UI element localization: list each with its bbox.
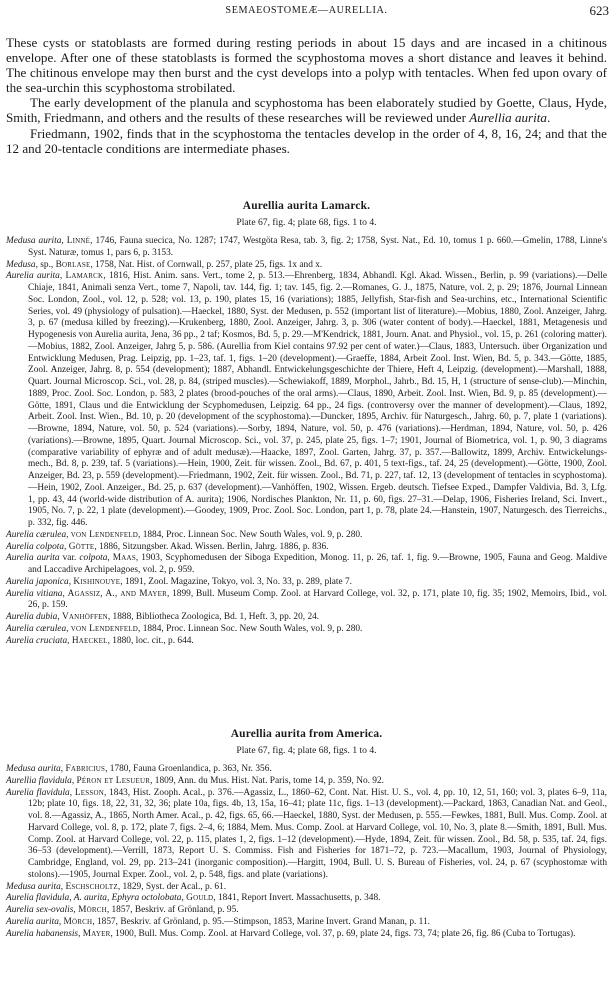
author-name: Kishinouye [73,577,120,587]
taxon-name: Aurelia cærulea [6,624,66,634]
running-head: Semaeostomeæ—Aurellia. 623 [0,3,613,19]
section-2-heading: Aurellia aurita from America. [6,728,607,740]
author-name: Fabricius [65,764,105,774]
citation-text: , 1857, Beskriv. af Grönland, p. 95. [107,905,239,915]
synonymy-entry: Aurelia sex-ovalis, Mörch, 1857, Beskriv… [6,905,607,917]
author-name: Borlase [56,260,91,270]
section-2-synonymy: Medusa aurita, Fabricius, 1780, Fauna Gr… [6,764,607,940]
intro-text: These cysts or statoblasts are formed du… [6,35,607,156]
section-1-heading: Aurellia aurita Lamarck. [6,200,607,212]
synonymy-entry: Aurelia habanensis, Mayer, 1900, Bull. M… [6,929,607,941]
citation-text: , 1843, Hist. Zooph. Acal., p. 376.—Agas… [28,788,607,880]
citation-text: , 1758, Nat. Hist. of Cornwall, p. 257, … [90,260,322,270]
author-name: Agassiz, A., and Mayer [68,589,167,599]
author-name: Péron et Lesueur [77,776,151,786]
synonymy-entry: Medusa, sp., Borlase, 1758, Nat. Hist. o… [6,260,607,272]
synonymy-entry: Aurelia colpota, Götte, 1886, Sitzungsbe… [6,542,607,554]
taxon-name: Aurelia vitiana [6,589,62,599]
taxon-name: Medusa aurita [6,882,61,892]
synonymy-entry: Aurelia vitiana, Agassiz, A., and Mayer,… [6,589,607,613]
synonymy-entry: Aurelia flavidula, Lesson, 1843, Hist. Z… [6,788,607,882]
author-name: Gould [186,893,213,903]
taxon-name: Medusa [6,260,36,270]
author-name: von Lendenfeld [71,624,138,634]
taxon-qualifier: , sp., [36,260,56,270]
section-2-plate-reference: Plate 67, fig. 4; plate 68, figs. 1 to 4… [6,745,607,756]
synonymy-entry: Aurelia dubia, Vanhöffen, 1888, Biblioth… [6,612,607,624]
synonymy-entry: Aurelia flavidula, A. aurita, Ephyra oct… [6,893,607,905]
taxon-name: Aurelia dubia [6,612,57,622]
taxon-name: Aurelia japonica [6,577,69,587]
citation-text: , 1886, Sitzungsber. Akad. Wissen. Berli… [94,542,328,552]
taxon-name: Aurelia flavidula [6,788,70,798]
author-name: Lesson [75,788,104,798]
author-name: Mörch [78,905,107,915]
author-name: Mayer [83,929,111,939]
taxon-qualifier: var. [60,553,80,563]
section-1: Aurellia aurita Lamarck. Plate 67, fig. … [6,200,607,647]
taxon-name: Aurelia colpota [6,542,64,552]
taxon-name: Aurelia cærulea [6,530,66,540]
synonymy-entry: Medusa aurita, Eschscholtz, 1829, Syst. … [6,882,607,894]
author-name: Maas [113,553,136,563]
intro-paragraph-1: These cysts or statoblasts are formed du… [6,35,607,95]
synonymy-entry: Aurellia flavidula, Péron et Lesueur, 18… [6,776,607,788]
author-name: Vanhöffen [62,612,108,622]
variety-name: colpota [79,553,107,563]
synonymy-entry: Aurelia japonica, Kishinouye, 1891, Zool… [6,577,607,589]
citation-text: , 1857, Beskriv. af Grönland, p. 95.—Sti… [92,917,430,927]
taxon-name: Aurelia cruciata [6,636,67,646]
section-1-plate-reference: Plate 67, fig. 4; plate 68, figs. 1 to 4… [6,217,607,228]
citation-text: , 1880, loc. cit., p. 644. [108,636,194,646]
taxon-name: Aurellia flavidula [6,776,72,786]
book-page: Semaeostomeæ—Aurellia. 623 These cysts o… [0,0,613,994]
citation-text: , 1884, Proc. Linnean Soc. New South Wal… [138,624,362,634]
citation-text: , 1884, Proc. Linnean Soc. New South Wal… [138,530,362,540]
author-name: von Lendenfeld [71,530,138,540]
synonymy-entry: Aurelia aurita, Lamarck, 1816, Hist. Ani… [6,271,607,530]
citation-text: , 1841, Report Invert. Massachusetts, p.… [213,893,380,903]
citation-text: , 1809, Ann. du Mus. Hist. Nat. Paris, t… [150,776,384,786]
synonymy-entry: Medusa aurita, Linné, 1746, Fauna suecic… [6,236,607,260]
species-name: Aurellia aurita [469,110,547,125]
synonymy-entry: Medusa aurita, Fabricius, 1780, Fauna Gr… [6,764,607,776]
intro-paragraph-3: Friedmann, 1902, finds that in the scyph… [6,126,607,156]
taxon-name: Aurelia flavidula, A. aurita, Ephyra oct… [6,893,181,903]
taxon-name: Aurelia sex-ovalis [6,905,73,915]
author-name: Haeckel [72,636,108,646]
taxon-name: Medusa aurita [6,236,61,246]
synonymy-entry: Aurelia aurita var. colpota, Maas, 1903,… [6,553,607,577]
citation-text: , 1900, Bull. Mus. Comp. Zool. at Harvar… [110,929,575,939]
citation-text: , 1780, Fauna Groenlandica, p. 363, Nr. … [105,764,272,774]
synonymy-entry: Aurelia aurita, Mörch, 1857, Beskriv. af… [6,917,607,929]
author-name: Linné [67,236,90,246]
taxon-name: Aurelia habanensis [6,929,78,939]
section-2: Aurellia aurita from America. Plate 67, … [6,728,607,940]
taxon-name: Medusa aurita [6,764,61,774]
taxon-name: Aurelia aurita [6,917,59,927]
intro-paragraph-2: The early development of the planula and… [6,95,607,125]
page-number: 623 [590,3,610,19]
taxon-name: Aurelia aurita [6,271,60,281]
author-name: Götte [69,542,95,552]
author-name: Mörch [64,917,93,927]
author-name: Eschscholtz [65,882,117,892]
citation-text: , 1891, Zool. Magazine, Tokyo, vol. 3, N… [120,577,352,587]
section-1-synonymy: Medusa aurita, Linné, 1746, Fauna suecic… [6,236,607,647]
citation-text: , 1829, Syst. der Acal., p. 61. [118,882,226,892]
running-title: Semaeostomeæ—Aurellia. [0,5,613,16]
taxon-name: Aurelia aurita [6,553,60,563]
citation-text: , 1816, Hist. Anim. sans. Vert., tome 2,… [28,271,607,528]
synonymy-entry: Aurelia cærulea, von Lendenfeld, 1884, P… [6,624,607,636]
period: . [547,110,550,125]
synonymy-entry: Aurelia cruciata, Haeckel, 1880, loc. ci… [6,636,607,648]
author-name: Lamarck [65,271,103,281]
citation-text: , 1746, Fauna suecica, No. 1287; 1747, W… [28,236,607,258]
citation-text: , 1888, Bibliotheca Zoologica, Bd. 1, He… [108,612,319,622]
synonymy-entry: Aurelia cærulea, von Lendenfeld, 1884, P… [6,530,607,542]
